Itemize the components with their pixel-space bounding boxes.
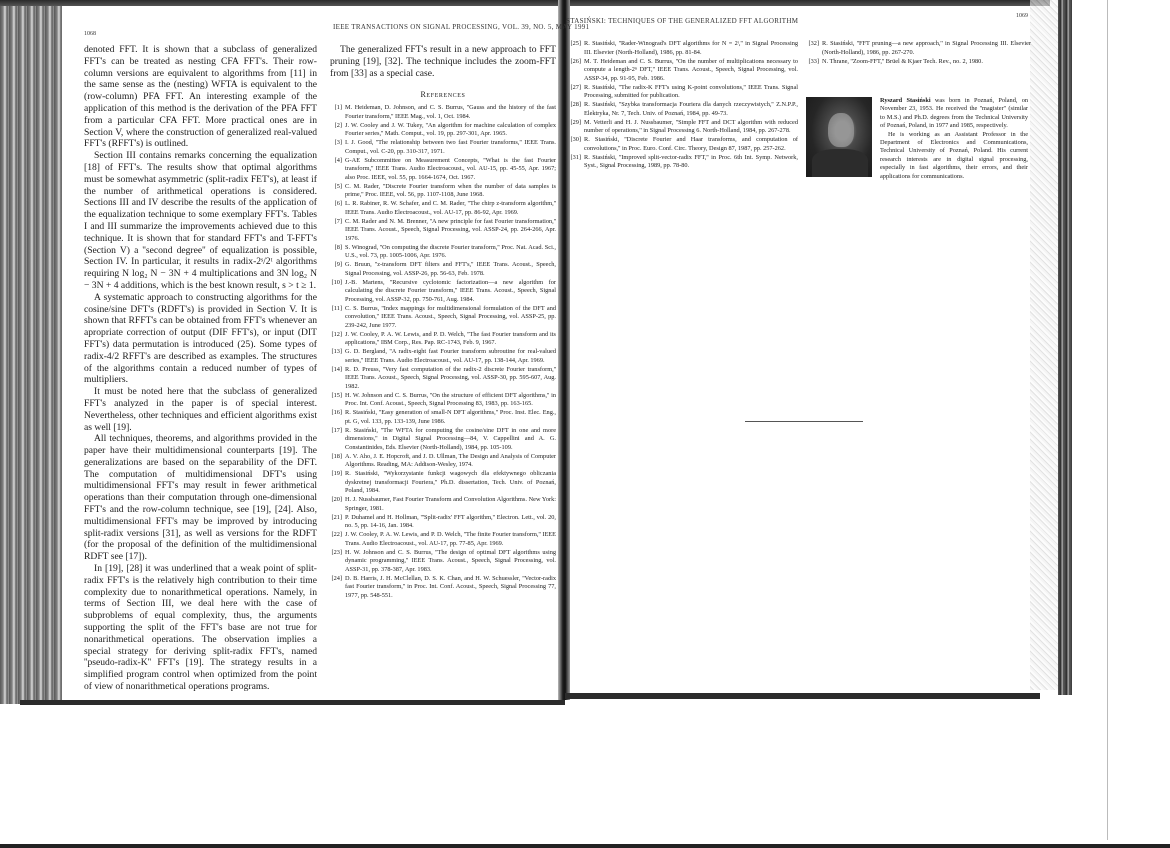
left-page-number: 1068: [84, 31, 96, 37]
scan-bottom-edge: [0, 844, 1170, 848]
author-biography: Ryszard Stasiński was born in Poznań, Po…: [880, 97, 1028, 181]
reference-item: [24]D. B. Harris, J. H. McClellan, D. S.…: [326, 575, 556, 601]
reference-item: [9]G. Bruun, ''z-transform DFT filters a…: [326, 261, 556, 278]
reference-item: [22]J. W. Cooley, P. A. W. Lewis, and P.…: [326, 531, 556, 548]
left-page-edge-shadow: [0, 6, 62, 704]
reference-item: [29]M. Vetterli and H. J. Nussbaumer, ''…: [565, 119, 798, 136]
reference-item: [30]R. Stasiński, ''Discrete Fourier and…: [565, 136, 798, 153]
body-paragraph: A systematic approach to constructing al…: [84, 292, 317, 386]
references-list-right-col2: [32]R. Stasiński, ''FFT pruning—a new ap…: [803, 40, 1031, 67]
reference-item: [2]J. W. Cooley and J. W. Tukey, ''An al…: [326, 122, 556, 139]
reference-item: [31]R. Stasiński, ''Improved split-vecto…: [565, 154, 798, 171]
left-page-column-1: denoted FFT. It is shown that a subclass…: [84, 44, 317, 693]
reference-item: [11]C. S. Burrus, ''Index mappings for m…: [326, 305, 556, 331]
right-page-edge-shadow: [1058, 0, 1072, 695]
reference-item: [33]N. Thrane, ''Zoom-FFT,'' Brüel & Kja…: [803, 58, 1031, 67]
left-running-head: IEEE TRANSACTIONS ON SIGNAL PROCESSING, …: [333, 23, 589, 31]
scanner-edge-line: [1107, 0, 1108, 840]
reference-item: [15]H. W. Johnson and C. S. Burrus, ''On…: [326, 392, 556, 409]
reference-item: [23]H. W. Johnson and C. S. Burrus, ''Th…: [326, 549, 556, 575]
author-photo-shoulders: [812, 149, 868, 177]
reference-item: [25]R. Stasiński, ''Rader-Winograd's DFT…: [565, 40, 798, 57]
reference-item: [6]L. R. Rabiner, R. W. Schafer, and C. …: [326, 200, 556, 217]
reference-item: [10]J.-B. Martens, ''Recursive cyclotomi…: [326, 279, 556, 305]
reference-item: [28]R. Stasiński, ''Szybka transformacja…: [565, 101, 798, 118]
end-of-article-rule: [745, 421, 863, 422]
reference-item: [1]M. Heideman, D. Johnson, and C. S. Bu…: [326, 104, 556, 121]
reference-item: [19]R. Stasiński, ''Wykorzystanie funkcj…: [326, 470, 556, 496]
reference-item: [17]R. Stasiński, ''The WFTA for computi…: [326, 427, 556, 453]
body-paragraph: It must be noted here that the subclass …: [84, 386, 317, 433]
reference-item: [32]R. Stasiński, ''FFT pruning—a new ap…: [803, 40, 1031, 57]
right-page-edge-speckle: [1030, 0, 1060, 690]
reference-item: [26]M. T. Heideman and C. S. Burrus, ''O…: [565, 58, 798, 84]
reference-item: [7]C. M. Rader and N. M. Brenner, ''A ne…: [326, 218, 556, 244]
references-heading: References: [330, 90, 556, 99]
body-paragraph: All techniques, theorems, and algorithms…: [84, 433, 317, 563]
reference-item: [18]A. V. Aho, J. E. Hopcroft, and J. D.…: [326, 453, 556, 470]
reference-item: [12]J. W. Cooley, P. A. W. Lewis, and P.…: [326, 331, 556, 348]
right-page-number: 1069: [1016, 13, 1028, 19]
reference-item: [14]R. D. Preuss, ''Very fast computatio…: [326, 366, 556, 392]
biography-paragraph: Ryszard Stasiński was born in Poznań, Po…: [880, 97, 1028, 131]
author-photo: [806, 97, 872, 177]
author-name: Ryszard Stasiński: [880, 97, 931, 104]
reference-item: [4]G-AE Subcommittee on Measurement Conc…: [326, 157, 556, 183]
reference-item: [27]R. Stasiński, ''The radix-K FFT's us…: [565, 84, 798, 101]
scan-top-edge: [0, 0, 1050, 6]
author-photo-face: [828, 113, 854, 147]
references-list-right-col1: [25]R. Stasiński, ''Rader-Winograd's DFT…: [565, 40, 798, 171]
left-page-column-2-intro: The generalized FFT's result in a new ap…: [330, 44, 556, 79]
body-paragraph: In [19], [28] it was underlined that a w…: [84, 563, 317, 693]
reference-item: [20]H. J. Nussbaumer, Fast Fourier Trans…: [326, 496, 556, 513]
biography-paragraph: He is working as an Assistant Professor …: [880, 131, 1028, 181]
reference-item: [8]S. Winograd, ''On computing the discr…: [326, 244, 556, 261]
reference-item: [5]C. M. Rader, ''Discrete Fourier trans…: [326, 183, 556, 200]
body-paragraph: The generalized FFT's result in a new ap…: [330, 44, 556, 79]
left-page-bottom-edge: [20, 700, 565, 705]
body-paragraph: Section III contains remarks concerning …: [84, 150, 317, 292]
reference-item: [21]P. Duhamel and H. Hollman, '''Split-…: [326, 514, 556, 531]
references-list-left: [1]M. Heideman, D. Johnson, and C. S. Bu…: [326, 104, 556, 601]
right-running-head: STASIŃSKI: TECHNIQUES OF THE GENERALIZED…: [566, 17, 798, 25]
reference-item: [13]G. D. Bergland, ''A radix-eight fast…: [326, 348, 556, 365]
reference-item: [16]R. Stasiński, ''Easy generation of s…: [326, 409, 556, 426]
body-paragraph: denoted FFT. It is shown that a subclass…: [84, 44, 317, 150]
reference-item: [3]I. J. Good, ''The relationship betwee…: [326, 139, 556, 156]
right-page-bottom-edge: [565, 693, 1040, 699]
